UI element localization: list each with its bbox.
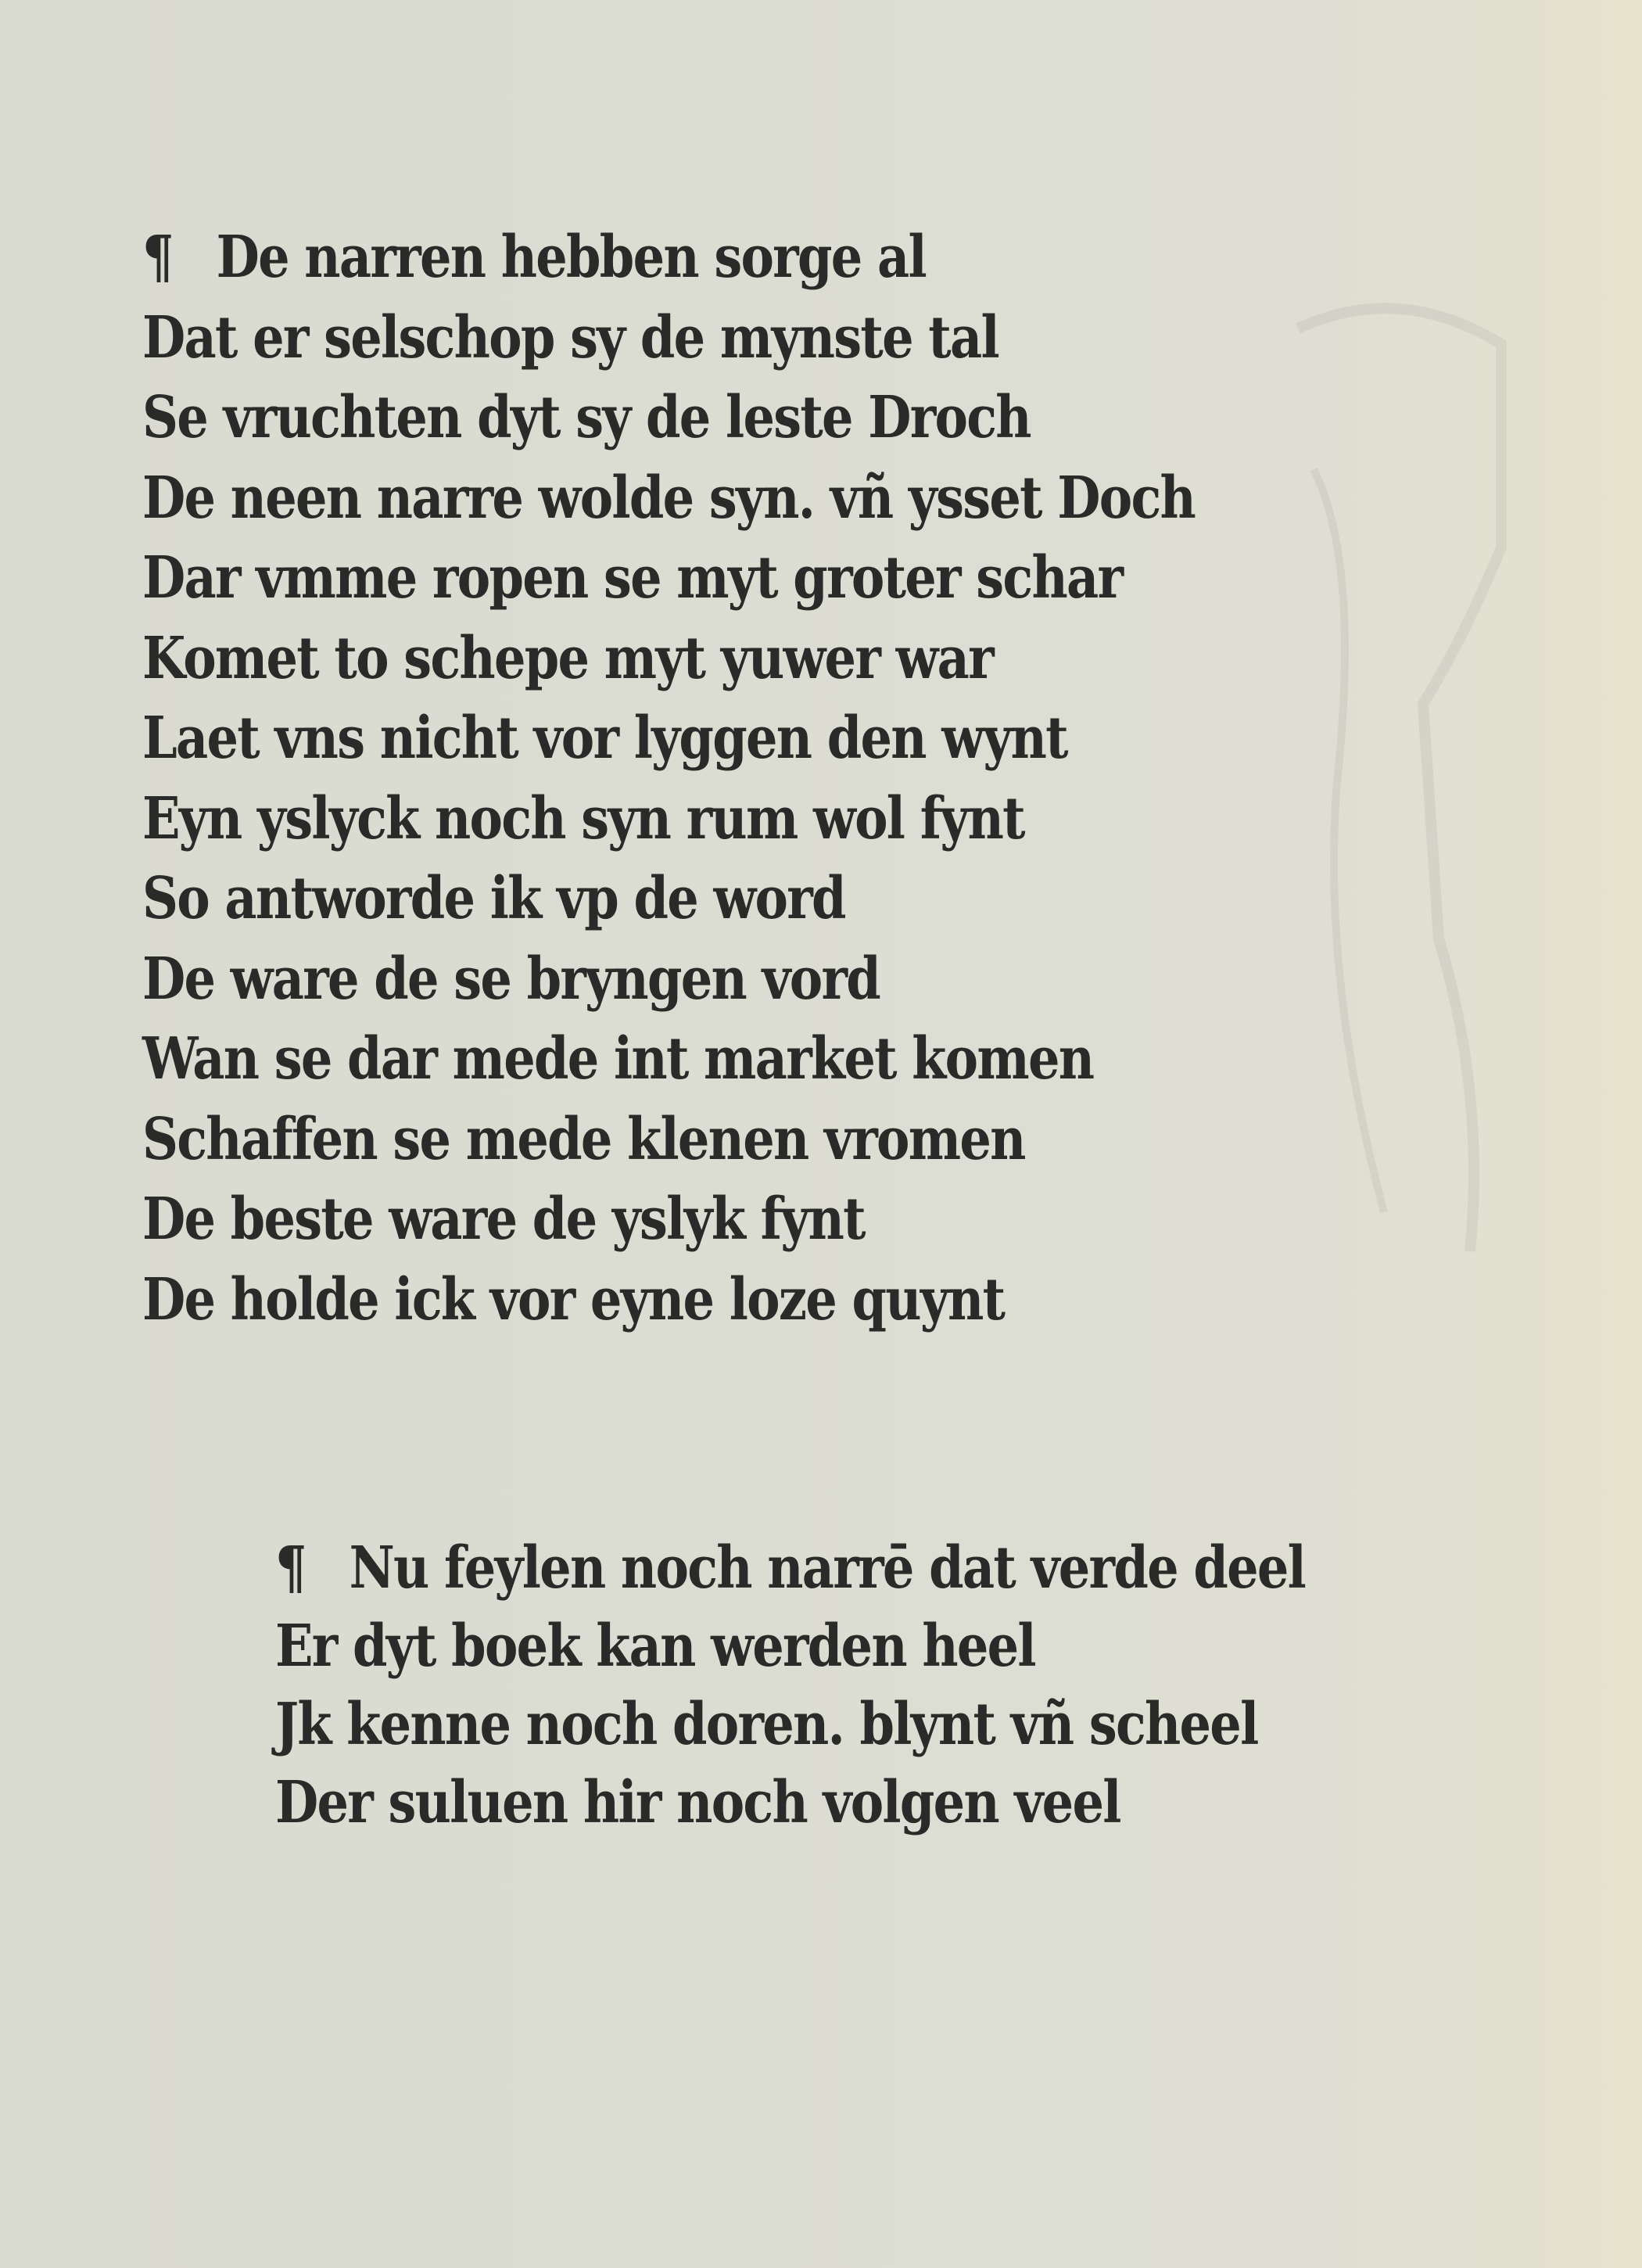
verse-line-7: Laet vns nicht vor lyggen den wynt [142, 698, 1195, 779]
verse-line-13: De beste ware de yslyk fynt [142, 1179, 1195, 1260]
verse-line-4: De neen narre wolde syn. vñ ysset Doch [142, 458, 1195, 539]
verse-line-10: De ware de se bryngen vord [142, 939, 1195, 1020]
verse-line-11: Wan se dar mede int market komen [142, 1019, 1195, 1100]
verse-line-1: ¶De narren hebben sorge al [142, 217, 1195, 298]
verse-line-5: Dar vmme ropen se myt groter schar [142, 538, 1195, 619]
pilcrow-mark: ¶ [142, 217, 217, 298]
stanza-1: ¶De narren hebben sorge al Dat er selsch… [142, 217, 1366, 1340]
verse-line-9: So antworde ik vp de word [142, 859, 1195, 939]
verse-line-4: Der suluen hir noch volgen veel [275, 1764, 1305, 1842]
verse-line-3: Jk kenne noch doren. blynt vñ scheel [275, 1685, 1305, 1764]
verse-line-14: De holde ick vor eyne loze quynt [142, 1260, 1195, 1340]
pilcrow-mark: ¶ [275, 1529, 350, 1607]
verse-line-3: Se vruchten dyt sy de leste Droch [142, 378, 1195, 458]
verse-line-1: ¶Nu feylen noch narrē dat verde deel [275, 1529, 1305, 1607]
stanza-2: ¶Nu feylen noch narrē dat verde deel Er … [275, 1529, 1473, 1842]
verse-line-6: Komet to schepe myt yuwer war [142, 619, 1195, 699]
book-page: ¶De narren hebben sorge al Dat er selsch… [0, 0, 1642, 2268]
verse-line-8: Eyn yslyck noch syn rum wol fynt [142, 779, 1195, 859]
verse-line-2: Er dyt boek kan werden heel [275, 1607, 1305, 1685]
verse-line-2: Dat er selschop sy de mynste tal [142, 298, 1195, 379]
verse-line-12: Schaffen se mede klenen vromen [142, 1100, 1195, 1180]
